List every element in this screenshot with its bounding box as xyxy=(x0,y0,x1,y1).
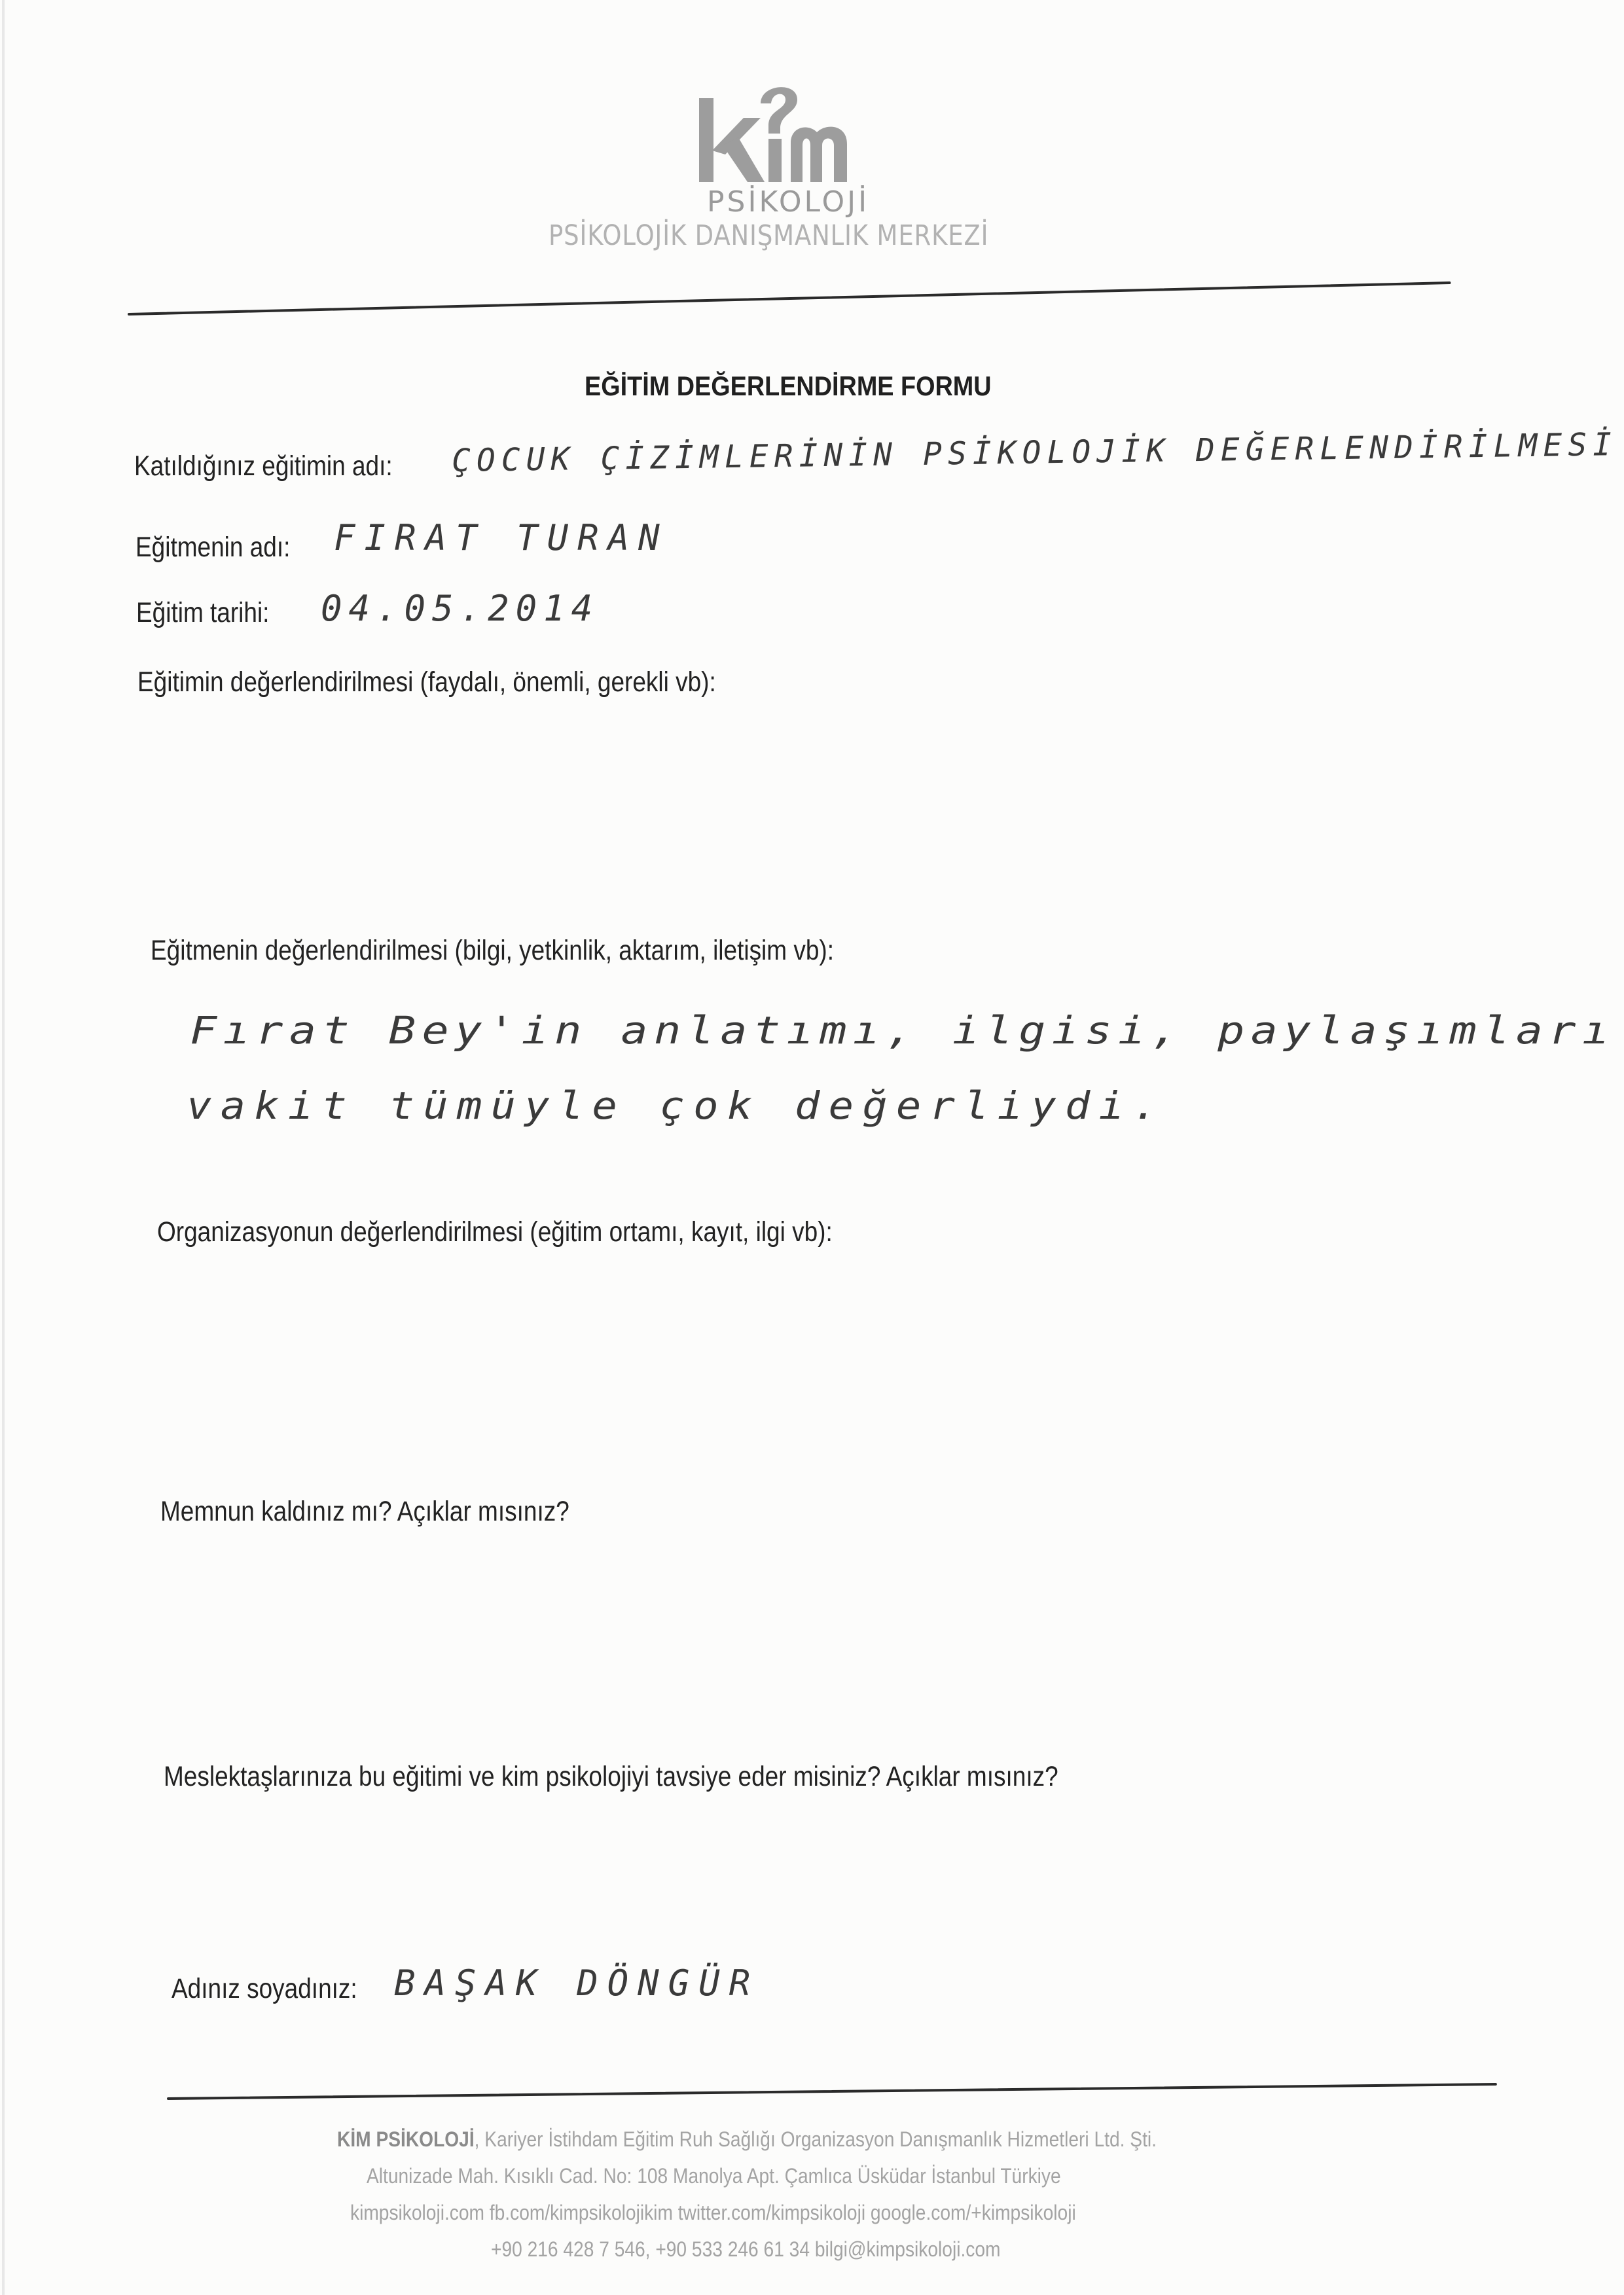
training-evaluation-label: Eğitimin değerlendirilmesi (faydalı, öne… xyxy=(137,666,716,698)
footer-company-desc: , Kariyer İstihdam Eğitim Ruh Sağlığı Or… xyxy=(475,2127,1157,2151)
participant-name-value[interactable]: BAŞAK DÖNGÜR xyxy=(394,1962,759,2004)
form-title: EĞİTİM DEĞERLENDİRME FORMU xyxy=(585,370,992,402)
organization-evaluation-answer[interactable] xyxy=(157,1263,1466,1473)
header-divider xyxy=(128,281,1451,316)
trainer-evaluation-label: Eğitmenin değerlendirilmesi (bilgi, yetk… xyxy=(151,935,834,967)
participant-name-label: Adınız soyadınız: xyxy=(171,1973,357,2005)
trainer-name-value[interactable]: FIRAT TURAN xyxy=(334,517,669,558)
logo-subtitle: PSİKOLOJİ xyxy=(707,185,869,219)
recommendation-label: Meslektaşlarınıza bu eğitimi ve kim psik… xyxy=(164,1761,1058,1793)
training-date-value[interactable]: 04.05.2014 xyxy=(321,588,599,629)
trainer-evaluation-line-2[interactable]: vakit tümüyle çok değerliydi. xyxy=(187,1083,1166,1128)
trainer-name-label: Eğitmenin adı: xyxy=(135,532,290,564)
training-evaluation-answer[interactable] xyxy=(137,714,1479,903)
training-date-label: Eğitim tarihi: xyxy=(136,597,269,629)
training-name-label: Katıldığınız eğitimin adı: xyxy=(134,450,393,482)
footer-links: kimpsikoloji.com fb.com/kimpsikolojikim … xyxy=(350,2201,1076,2225)
kim-logo-icon xyxy=(693,77,863,189)
trainer-evaluation-line-1[interactable]: Fırat Bey'in anlatımı, ilgisi, paylaşıml… xyxy=(190,1008,1624,1053)
footer-contact: +90 216 428 7 546, +90 533 246 61 34 bil… xyxy=(491,2237,1000,2262)
satisfaction-answer[interactable] xyxy=(160,1538,1470,1748)
recommendation-answer[interactable] xyxy=(164,1807,1473,1951)
training-name-value[interactable]: ÇOCUK ÇİZİMLERİNİN PSİKOLOJİK DEĞERLENDİ… xyxy=(452,426,1618,479)
footer-company-name: KİM PSİKOLOJİ xyxy=(337,2127,475,2151)
logo-tagline: PSİKOLOJİK DANIŞMANLIK MERKEZİ xyxy=(549,219,988,252)
scan-edge xyxy=(2,0,5,2295)
footer-company: KİM PSİKOLOJİ, Kariyer İstihdam Eğitim R… xyxy=(337,2127,1157,2152)
footer-address: Altunizade Mah. Kısıklı Cad. No: 108 Man… xyxy=(367,2164,1061,2188)
footer-divider xyxy=(167,2083,1497,2100)
satisfaction-label: Memnun kaldınız mı? Açıklar mısınız? xyxy=(160,1496,569,1528)
organization-evaluation-label: Organizasyonun değerlendirilmesi (eğitim… xyxy=(157,1216,833,1248)
